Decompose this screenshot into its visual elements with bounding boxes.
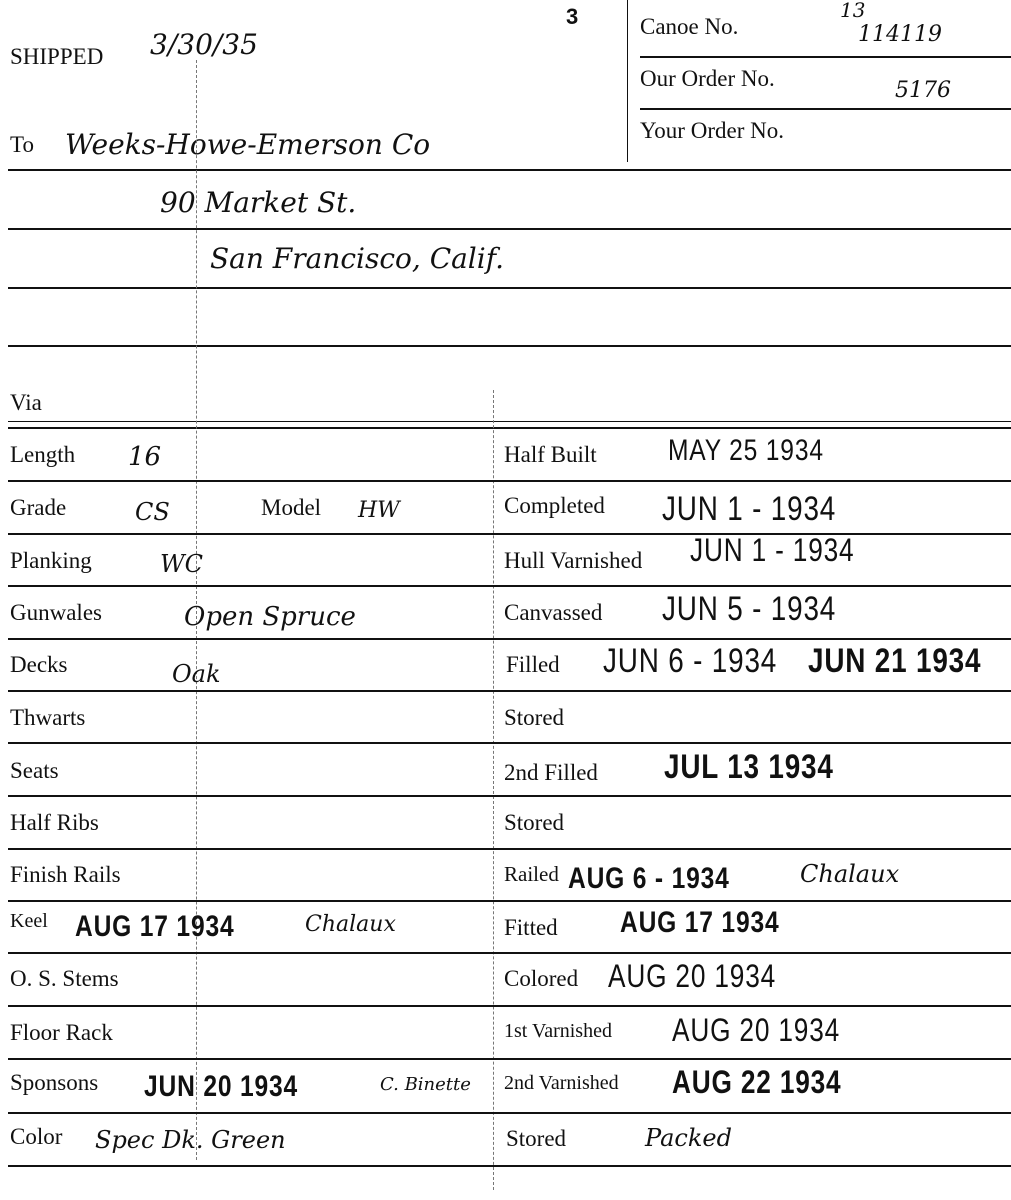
field-hull-varnished-stamp: JUN 1 - 1934 [690, 532, 854, 569]
divider [8, 421, 1011, 422]
divider [8, 848, 1011, 850]
field-keel-stamp: AUG 17 1934 [75, 910, 234, 944]
divider [8, 900, 1011, 902]
field-2nd-varnished-stamp: AUG 22 1934 [672, 1064, 841, 1101]
divider [8, 952, 1011, 954]
field-keel-signature: Chalaux [305, 912, 396, 937]
divider [8, 427, 1011, 429]
field-colored-label: Colored [504, 966, 578, 992]
field-fitted-label: Fitted [504, 915, 558, 941]
address-line-1: Weeks-Howe-Emerson Co [65, 128, 430, 161]
field-filled-label: Filled [506, 652, 560, 678]
field-1st-varnished-stamp: AUG 20 1934 [672, 1012, 840, 1049]
order-box-divider [627, 0, 628, 162]
field-stored-3-label: Stored [506, 1126, 566, 1152]
field-sponsons-signature: C. Binette [380, 1074, 471, 1095]
canoe-number-value: 114119 [858, 22, 942, 47]
field-1st-varnished-label: 1st Varnished [504, 1020, 612, 1043]
guide-line [493, 390, 495, 1190]
field-length-value: 16 [128, 442, 161, 472]
field-railed-stamp: AUG 6 - 1934 [568, 862, 730, 896]
field-stored-2-label: Stored [504, 810, 564, 836]
divider [8, 533, 1011, 535]
field-half-ribs-label: Half Ribs [10, 810, 99, 836]
field-gunwales-label: Gunwales [10, 600, 102, 626]
divider [8, 228, 1011, 230]
field-2nd-filled-label: 2nd Filled [504, 760, 598, 786]
field-color-value: Spec Dk. Green [95, 1126, 286, 1154]
field-seats-label: Seats [10, 758, 59, 784]
divider [8, 287, 1011, 289]
field-railed-signature: Chalaux [800, 860, 899, 888]
divider [8, 638, 1011, 640]
divider [640, 56, 1011, 58]
field-stored-3-value: Packed [645, 1124, 732, 1152]
shipped-date: 3/30/35 [150, 28, 258, 61]
divider [8, 585, 1011, 587]
field-keel-label: Keel [10, 910, 48, 933]
field-planking-value: WC [160, 550, 203, 578]
field-canvassed-stamp: JUN 5 - 1934 [662, 590, 836, 629]
our-order-label: Our Order No. [640, 66, 775, 92]
field-canvassed-label: Canvassed [504, 600, 602, 626]
field-hull-varnished-label: Hull Varnished [504, 548, 642, 574]
field-2nd-filled-stamp: JUL 13 1934 [664, 748, 834, 787]
shipped-label: SHIPPED [10, 44, 103, 70]
divider [8, 795, 1011, 797]
field-model-label: Model [261, 495, 321, 521]
field-thwarts-label: Thwarts [10, 705, 85, 731]
field-color-label: Color [10, 1124, 62, 1150]
divider [8, 742, 1011, 744]
your-order-label: Your Order No. [640, 118, 784, 144]
field-length-label: Length [10, 442, 75, 468]
field-grade-label: Grade [10, 495, 66, 521]
field-sponsons-stamp: JUN 20 1934 [144, 1070, 298, 1104]
field-half-built-stamp: MAY 25 1934 [668, 434, 824, 468]
canoe-number-note: 13 [840, 0, 865, 22]
field-filled-stamp: JUN 6 - 1934 [603, 642, 777, 681]
address-line-3: San Francisco, Calif. [210, 242, 504, 275]
divider [8, 1058, 1011, 1060]
divider [8, 690, 1011, 692]
field-railed-label: Railed [504, 862, 559, 887]
field-gunwales-value: Open Spruce [184, 602, 356, 632]
to-label: To [10, 132, 34, 158]
field-completed-label: Completed [504, 493, 605, 519]
field-finish-rails-label: Finish Rails [10, 862, 121, 888]
field-grade-value: CS [135, 498, 170, 526]
address-line-2: 90 Market St. [160, 186, 356, 219]
corner-mark: 3 [566, 4, 578, 30]
field-2nd-varnished-label: 2nd Varnished [504, 1072, 619, 1095]
field-decks-value: Oak [172, 660, 221, 688]
field-half-built-label: Half Built [504, 442, 597, 468]
divider [8, 1112, 1011, 1114]
divider [8, 1165, 1011, 1167]
field-decks-label: Decks [10, 652, 67, 678]
field-os-stems-label: O. S. Stems [10, 966, 119, 992]
field-fitted-stamp: AUG 17 1934 [620, 906, 779, 940]
divider [8, 480, 1011, 482]
field-sponsons-label: Sponsons [10, 1070, 98, 1096]
divider [640, 108, 1011, 110]
via-label: Via [10, 390, 42, 416]
field-completed-stamp: JUN 1 - 1934 [662, 490, 836, 529]
canoe-number-label: Canoe No. [640, 14, 738, 40]
divider [8, 1005, 1011, 1007]
divider [8, 345, 1011, 347]
field-model-value: HW [358, 498, 400, 523]
field-filled-stamp-2: JUN 21 1934 [808, 642, 981, 681]
field-floor-rack-label: Floor Rack [10, 1020, 113, 1046]
our-order-value: 5176 [895, 78, 951, 103]
field-stored-1-label: Stored [504, 705, 564, 731]
field-planking-label: Planking [10, 548, 92, 574]
field-colored-stamp: AUG 20 1934 [608, 958, 776, 995]
divider [8, 169, 1011, 171]
